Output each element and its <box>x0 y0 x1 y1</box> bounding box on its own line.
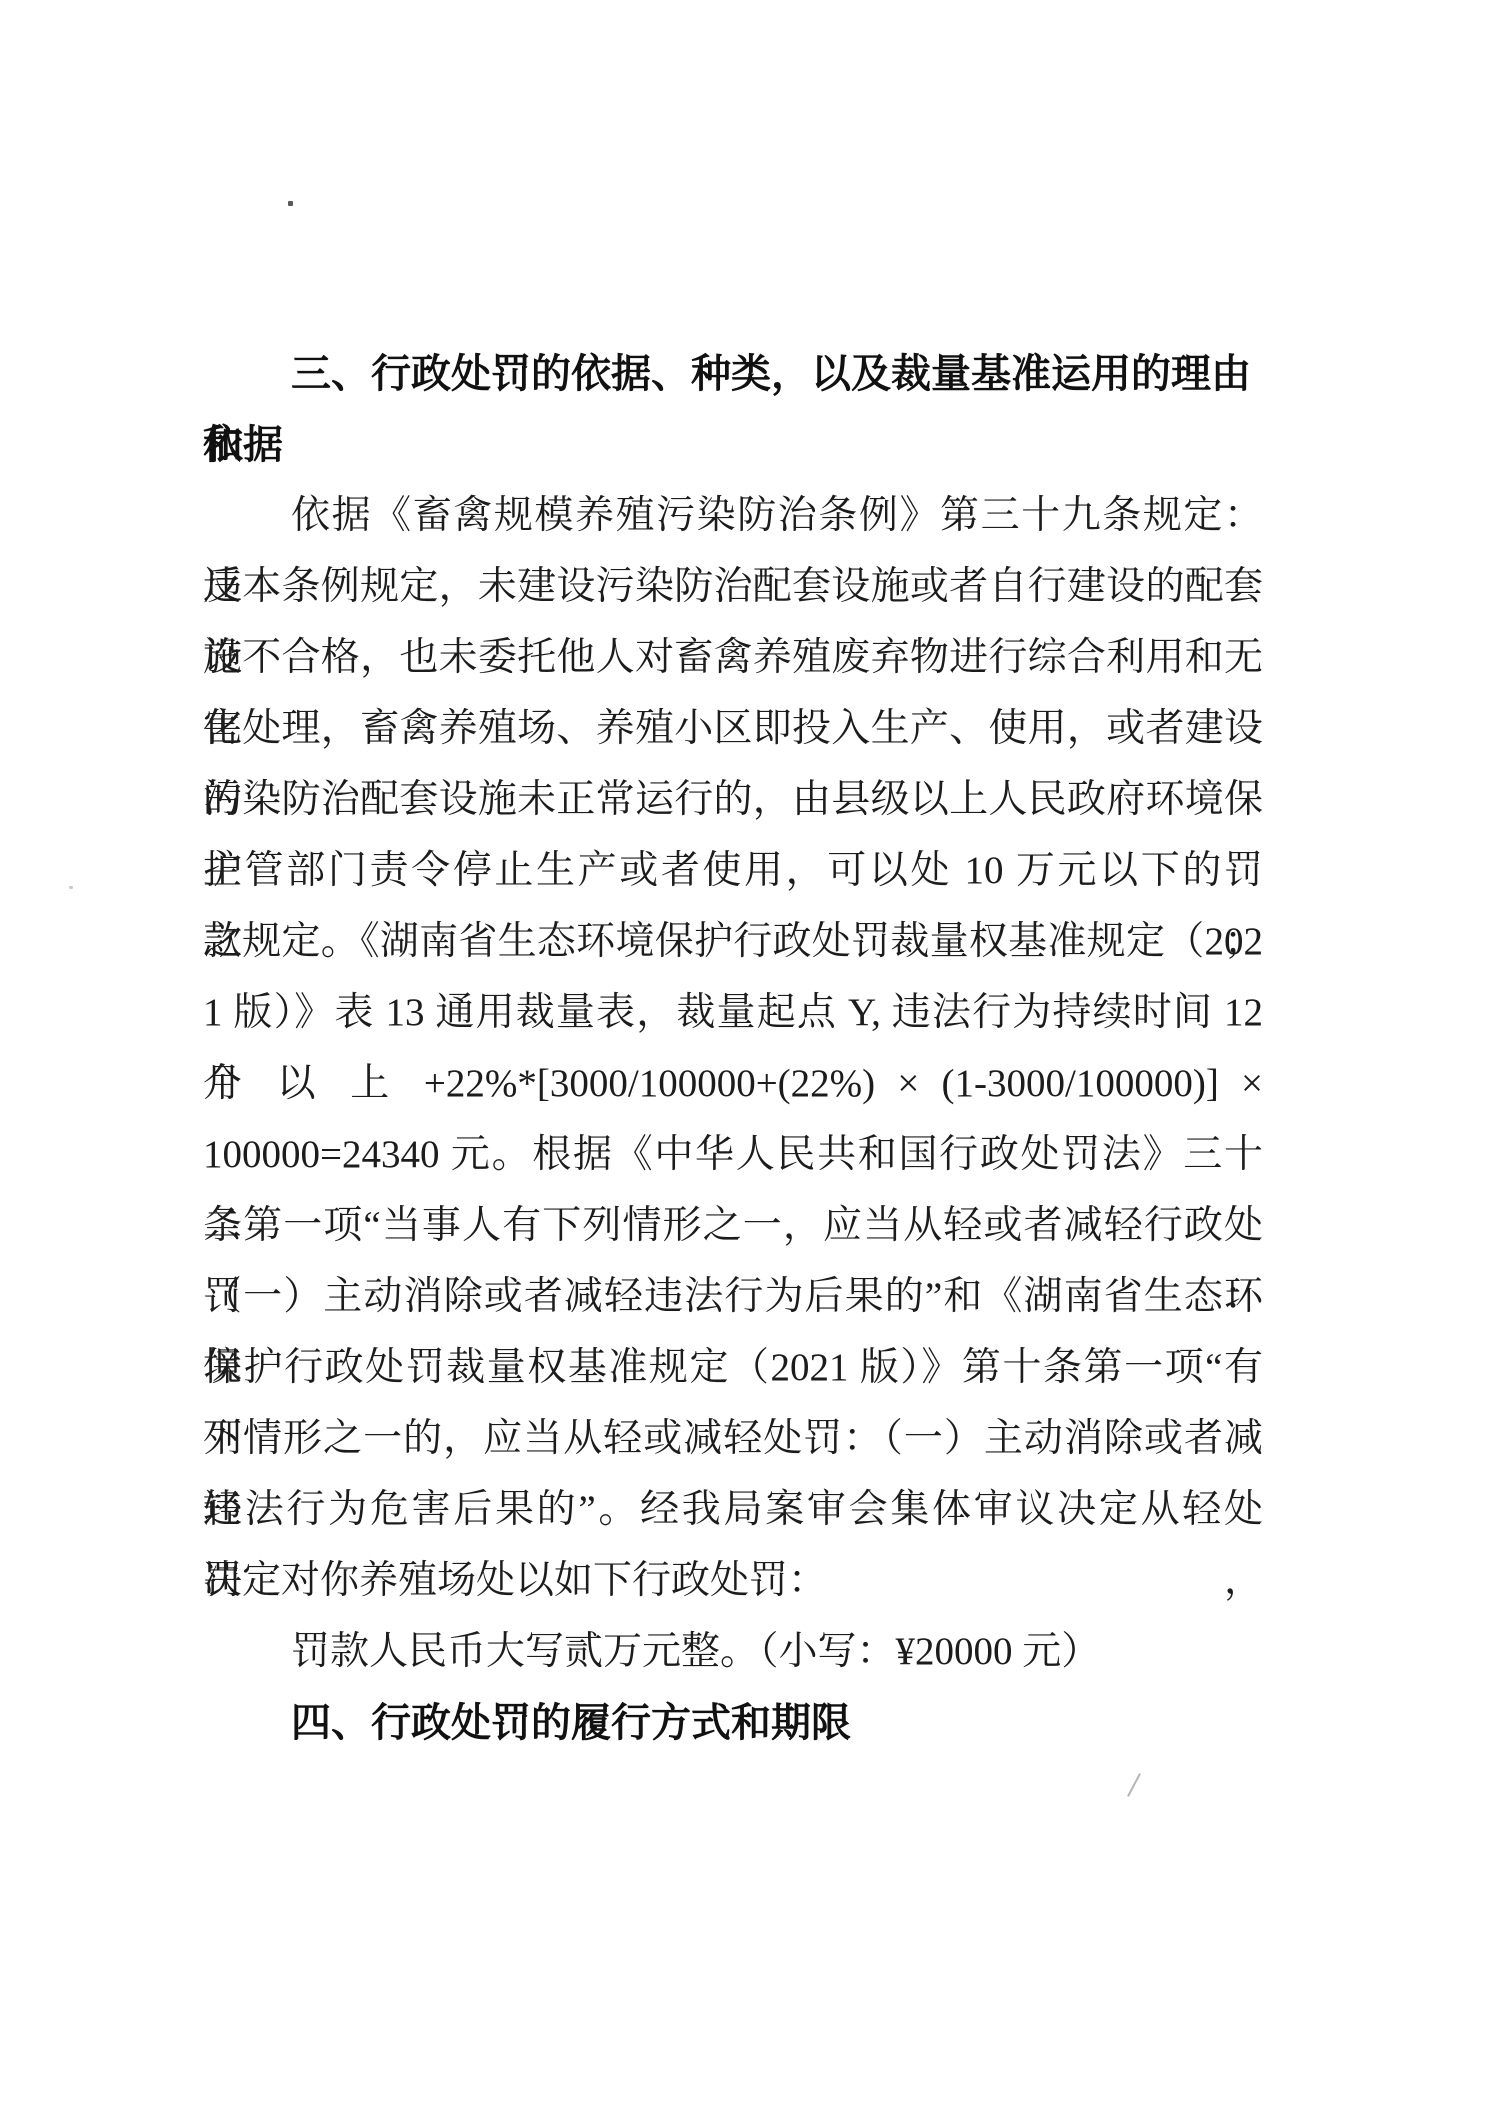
body-line-2: 反本条例规定，未建设污染防治配套设施或者自行建设的配套设 <box>203 551 1263 622</box>
body-line-13: 保护行政处罚裁量权基准规定（2021 版）》第十条第一项“有下 <box>203 1332 1263 1403</box>
body-line-9-formula: 月 以 上 +22%*[3000/100000+(22%) × (1-3000/… <box>203 1048 1263 1119</box>
scan-speck-artifact <box>288 201 293 206</box>
section-3-heading-line-2: 依据 <box>203 409 1263 480</box>
penalty-amount-line: 罚款人民币大写贰万元整。（小写：¥20000 元） <box>203 1616 1263 1687</box>
scan-slash-artifact <box>1127 1773 1141 1797</box>
body-line-3: 施不合格，也未委托他人对畜禽养殖废弃物进行综合利用和无害 <box>203 622 1263 693</box>
document-text-block: 三、行政处罚的依据、种类，以及裁量基准运用的理由和 依据 依据《畜禽规模养殖污染… <box>203 338 1263 1758</box>
document-page: 三、行政处罚的依据、种类，以及裁量基准运用的理由和 依据 依据《畜禽规模养殖污染… <box>0 0 1487 2102</box>
body-line-8: 1 版）》表 13 通用裁量表，裁量起点 Y, 违法行为持续时间 12 个 <box>203 977 1263 1048</box>
body-line-10: 100000=24340 元。根据《中华人民共和国行政处罚法》三十二 <box>203 1119 1263 1190</box>
body-line-7: 之规定。《湖南省生态环境保护行政处罚裁量权基准规定（202 <box>203 906 1263 977</box>
section-3-heading-line-1: 三、行政处罚的依据、种类，以及裁量基准运用的理由和 <box>203 338 1263 409</box>
section-4-heading: 四、行政处罚的履行方式和期限 <box>203 1687 1263 1758</box>
body-line-14: 列情形之一的，应当从轻或减轻处罚：（一）主动消除或者减轻 <box>203 1403 1263 1474</box>
body-line-15: 违法行为危害后果的”。经我局案审会集体审议决定从轻处罚， <box>203 1474 1263 1545</box>
scan-speck-artifact <box>69 886 73 889</box>
body-line-1: 依据《畜禽规模养殖污染防治条例》第三十九条规定：违 <box>203 480 1263 551</box>
body-line-4: 化处理，畜禽养殖场、养殖小区即投入生产、使用，或者建设的 <box>203 693 1263 764</box>
body-line-12: （一）主动消除或者减轻违法行为后果的”和《湖南省生态环境 <box>203 1261 1263 1332</box>
body-line-11: 条第一项“当事人有下列情形之一，应当从轻或者减轻行政处罚： <box>203 1190 1263 1261</box>
body-line-5: 污染防治配套设施未正常运行的，由县级以上人民政府环境保护 <box>203 764 1263 835</box>
body-line-6: 主管部门责令停止生产或者使用，可以处 10 万元以下的罚款； <box>203 835 1263 906</box>
